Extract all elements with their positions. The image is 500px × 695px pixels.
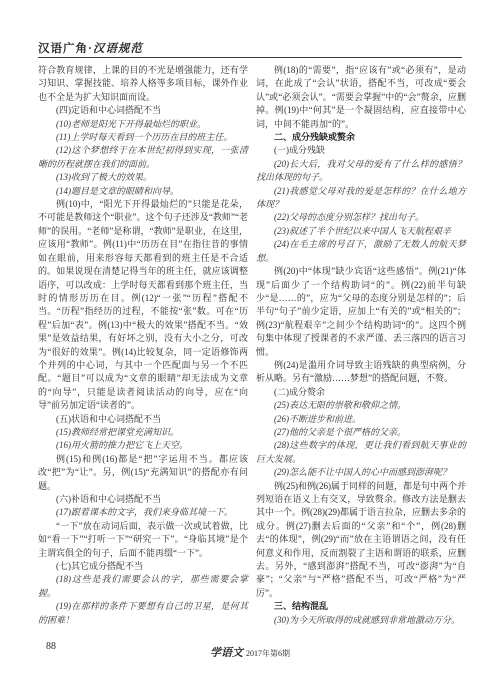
paragraph: (七)其它成分搭配不当	[38, 560, 248, 573]
paragraph: (16)用火箭的推力把它飞上天空。	[38, 439, 248, 452]
journal-issue: 2017年第6期	[246, 649, 290, 658]
page-header: 汉语广角·汉语规范	[38, 40, 143, 56]
paragraph: (17)跟着课本的文字，我们来身临其境一下。	[38, 506, 248, 519]
header-section-title: 汉语广角	[38, 43, 88, 55]
paragraph: (27)他的父亲是个很严格的父亲。	[256, 426, 466, 439]
paragraph: (二)成分赘余	[256, 386, 466, 399]
paragraph: “一下”放在动词后面，表示做一次或试着做，比如“看一下”“打听一下”“研究一下”…	[38, 520, 248, 560]
paragraph: 二、成分残缺或赘余	[256, 131, 466, 144]
paragraph: (19)在那样的条件下要想有自己的卫星，是何其的困难！	[38, 600, 248, 627]
paragraph: (25)表达无限的崇敬和敬仰之情。	[256, 399, 466, 412]
paragraph: (22)父母的态度分别怎样？找出句子。	[256, 211, 466, 224]
paragraph: (20)长大后，我对父母的爱有了什么样的感悟？找出体现的句子。	[256, 158, 466, 185]
paragraph: (13)收到了极大的效果。	[38, 171, 248, 184]
paragraph: (15)教师经常把课堂充满知识。	[38, 426, 248, 439]
paragraph: (24)在毛主席的号召下，激励了无数人的航天梦想。	[256, 238, 466, 265]
header-rule	[38, 57, 462, 58]
paragraph: (四)定语和中心词搭配不当	[38, 104, 248, 117]
paragraph: (28)这些数字的体现，更让我们看到航天事业的巨大发展。	[256, 439, 466, 466]
paragraph: (23)叙述了半个世纪以来中国人飞天航程艰辛	[256, 225, 466, 238]
paragraph: 例(10)中，“阳光下开得最灿烂的”只能是花朵，不可能是教师这个“职业”。这个句…	[38, 198, 248, 413]
paragraph: 例(25)和例(26)属于同样的问题，都是句中两个并列短语在语义上有交叉，导致赘…	[256, 480, 466, 601]
paragraph: (一)成分残缺	[256, 144, 466, 157]
paragraph: 例(20)中“体现”缺少宾语“这些感悟”。例(21)“体现”后面少了一个结构助词…	[256, 265, 466, 359]
journal-name: 学语文	[210, 647, 243, 659]
right-column: 例(18)的“需要”，指“应该有”或“必须有”，是动词，在此成了“会认”状语，搭…	[256, 64, 466, 627]
header-subsection-title: 汉语规范	[93, 43, 143, 55]
paragraph: (30)为今天所取得的成就感到非常地激动万分。	[256, 614, 466, 627]
paragraph: (12)这个梦想终于在本世纪初得到实现，一张清晰的历程就摆在我们的面前。	[38, 144, 248, 171]
paragraph: 例(18)的“需要”，指“应该有”或“必须有”，是动词，在此成了“会认”状语，搭…	[256, 64, 466, 131]
paragraph: 符合教育规律，上课的目的不光是增强能力，还有学习知识、掌握技能、培养人格等多项目…	[38, 64, 248, 104]
paragraph: (14)题目是文章的眼睛和向导。	[38, 185, 248, 198]
paragraph: 例(24)是滥用介词导致主语残缺的典型病例，分析从略。另有“激励……梦想”的搭配…	[256, 359, 466, 386]
paragraph: (29)怎么能不让中国人的心中而感到澎湃呢？	[256, 466, 466, 479]
journal-footer: 学语文2017年第6期	[0, 643, 500, 661]
paragraph: 例(15)和例(16)都是“把”字运用不当。都应该改“把”为“让”。另，例(15…	[38, 453, 248, 493]
paragraph: (五)状语和中心词搭配不当	[38, 413, 248, 426]
paragraph: 三、结构混乱	[256, 600, 466, 613]
paragraph: (21)我感觉父母对我的爱是怎样的？在什么地方体现？	[256, 185, 466, 212]
paragraph: (六)补语和中心词搭配不当	[38, 493, 248, 506]
left-column: 符合教育规律，上课的目的不光是增强能力，还有学习知识、掌握技能、培养人格等多项目…	[38, 64, 248, 627]
journal-page: 汉语广角·汉语规范 符合教育规律，上课的目的不光是增强能力，还有学习知识、掌握技…	[0, 0, 500, 695]
paragraph: (26)不断进步和前进。	[256, 413, 466, 426]
paragraph: (11)上学时每天看到一个历历在目的班主任。	[38, 131, 248, 144]
paragraph: (18)这些是我们需要会认的字，那些需要会掌握。	[38, 573, 248, 600]
paragraph: (10)老师是阳光下开得最灿烂的职业。	[38, 118, 248, 131]
